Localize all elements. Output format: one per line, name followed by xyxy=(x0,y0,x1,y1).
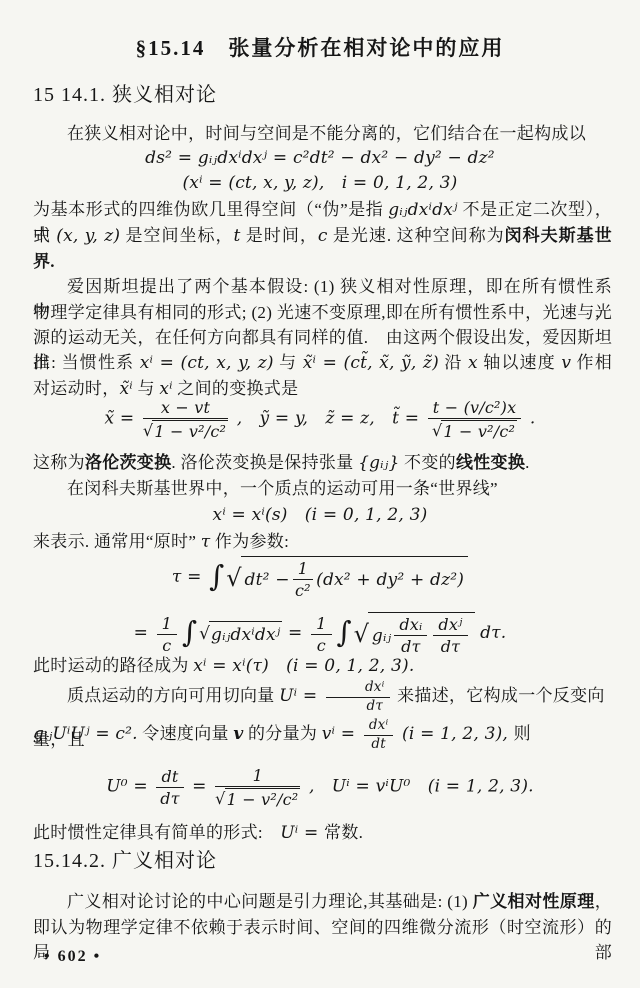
fraction: 1c² xyxy=(293,559,313,600)
numerator: 1 xyxy=(215,766,300,787)
formula-text: U⁰ = xyxy=(106,777,153,797)
text-segment: 轴以速度 xyxy=(478,353,562,372)
text-segment: 对运动时， xyxy=(33,379,120,398)
text-line: 广义相对论讨论的中心问题是引力理论,其基础是: (1) 广义相对性原理， xyxy=(33,889,612,914)
text-segment: 即认为物理学定律不依赖于表示时间、空间的四维微分流形（时空流形）的局部 xyxy=(33,918,612,962)
text-segment: 界. xyxy=(33,252,55,271)
formula-text: dt² − xyxy=(245,568,290,592)
text-segment: 此时惯性定律具有简单的形式: xyxy=(33,823,280,842)
text-line: 在闵科夫斯基世界中，一个质点的运动可用一条“世界线” xyxy=(33,476,612,501)
text-segment: 令速度向量 xyxy=(138,724,234,743)
formula-text: x̃ = xyxy=(104,409,139,429)
section-heading-general-relativity: 15.14.2. 广义相对论 xyxy=(33,844,217,873)
display-formula-metric: ds² = gᵢⱼdxⁱdxʲ = c²dt² − dx² − dy² − dz… xyxy=(0,146,640,170)
text-segment: 的分量为 xyxy=(243,724,321,743)
formula-text: (xⁱ = (ct, x, y, z), i = 0, 1, 2, 3) xyxy=(182,173,457,193)
display-formula-four-velocity: U⁰ = dtdτ = 1√1 − v²/c² , Uⁱ = vⁱU⁰ (i =… xyxy=(0,766,640,809)
numerator: dxʲ xyxy=(433,615,467,636)
text-segment: (i = 1, 2, 3), xyxy=(396,724,513,744)
fraction: 1c xyxy=(311,614,331,655)
text-segment: 闵科夫斯基世 xyxy=(505,226,612,245)
text-segment: τ xyxy=(201,532,211,552)
text-segment: . 洛伦茨变换是保持张量 xyxy=(171,453,358,472)
text-line: 即认为物理学定律不依赖于表示时间、空间的四维微分流形（时空流形）的局部 xyxy=(33,915,612,965)
text-segment: 是时间， xyxy=(241,226,318,245)
numerator: 1 xyxy=(311,614,331,635)
fraction: dxᵢdτ xyxy=(394,615,427,656)
text-segment: 与 xyxy=(274,353,303,372)
radicand: gᵢⱼ dxᵢdτdxʲdτ xyxy=(368,612,475,656)
integral-icon: ∫ xyxy=(337,615,352,649)
display-formula-proper-time-2: = 1c∫√gᵢⱼdxⁱdxʲ = 1c∫√gᵢⱼ dxᵢdτdxʲdτ dτ. xyxy=(0,612,640,656)
fraction: dxʲdτ xyxy=(433,615,467,656)
text-segment: v xyxy=(561,353,571,373)
text-segment: 此时运动的路径成为 xyxy=(33,656,193,675)
text-segment: 与 xyxy=(133,379,159,398)
text-segment: 则 xyxy=(514,724,531,743)
text-segment: 沿 xyxy=(439,353,468,372)
denominator: dτ xyxy=(156,788,183,808)
formula-text: ds² = gᵢⱼdxⁱdxʲ = c²dt² − dx² − dy² − dz… xyxy=(145,148,495,168)
numerator: dxⁱ xyxy=(364,718,394,736)
text-segment: 这称为 xyxy=(33,453,85,472)
page-title: §15.14 张量分析在相对论中的应用 xyxy=(0,32,640,62)
radicand: dt² − 1c² (dx² + dy² + dz²) xyxy=(241,556,469,600)
radicand: 1 − v²/c² xyxy=(225,788,301,809)
text-segment: x̃ⁱ xyxy=(120,379,133,399)
fraction: t − (v/c²)x√1 − v²/c² xyxy=(428,398,522,441)
numerator: 1 xyxy=(157,614,177,635)
text-segment: 不变的 xyxy=(400,453,456,472)
text-segment: 来表示. 通常用“原时” xyxy=(33,532,201,551)
denominator: √1 − v²/c² xyxy=(428,419,522,441)
book-page: §15.14 张量分析在相对论中的应用 15 14.1. 狭义相对论 在狭义相对… xyxy=(0,0,640,988)
fraction: 1√1 − v²/c² xyxy=(215,766,300,809)
text-segment: 常数. xyxy=(324,823,363,842)
text-segment: 作为参数: xyxy=(210,532,289,551)
text-line: 这称为洛伦茨变换. 洛伦茨变换是保持张量 {gᵢⱼ} 不变的线性变换. xyxy=(33,450,612,476)
radicand: 1 − v²/c² xyxy=(152,420,228,441)
text-segment: ， xyxy=(595,892,612,911)
formula-text: τ = xyxy=(172,567,207,587)
radicand: 1 − v²/c² xyxy=(441,420,517,441)
numerator: x − vt xyxy=(143,398,228,419)
formula-text: . xyxy=(524,409,535,429)
text-run: (i = 1, 2, 3), 则 xyxy=(396,724,531,743)
text-segment: 是光速. 这种空间称为 xyxy=(328,226,505,245)
radicand: gᵢⱼdxⁱdxʲ xyxy=(209,621,282,647)
text-segment: 广义相对论讨论的中心问题是引力理论,其基础是: (1) xyxy=(67,892,473,911)
text-segment: Uⁱ = xyxy=(280,823,324,843)
text-line: gᵢⱼUⁱUʲ = c². 令速度向量 v 的分量为 vⁱ = dxⁱdt (i… xyxy=(33,712,612,756)
display-formula-proper-time-1: τ = ∫√dt² − 1c² (dx² + dy² + dz²) xyxy=(0,556,640,600)
formula-text: = xyxy=(282,623,308,643)
numerator: dxᵢ xyxy=(394,615,427,636)
text-segment: 洛伦茨变换 xyxy=(85,453,172,472)
text-segment: xⁱ = (ct, x, y, z) xyxy=(140,353,274,373)
numerator: 1 xyxy=(293,559,313,580)
text-line: 此时惯性定律具有简单的形式: Uⁱ = 常数. xyxy=(33,820,612,846)
text-segment: t xyxy=(234,226,241,246)
denominator: c xyxy=(311,635,331,655)
text-segment: 之间的变换式是 xyxy=(173,379,299,398)
text-run: gᵢⱼUⁱUʲ = c². 令速度向量 v 的分量为 vⁱ = xyxy=(33,724,361,743)
denominator: c xyxy=(157,635,177,655)
text-segment: xⁱ = xⁱ(τ) (i = 0, 1, 2, 3). xyxy=(193,656,414,676)
text-segment: 在狭义相对论中，时间与空间是不能分离的，它们结合在一起构成以 xyxy=(67,124,586,143)
text-segment: 是空间坐标， xyxy=(120,226,233,245)
text-segment: 在闵科夫斯基世界中，一个质点的运动可用一条“世界线” xyxy=(67,479,498,498)
formula-text: , Uⁱ = vⁱU⁰ (i = 1, 2, 3). xyxy=(303,777,533,797)
text-segment: c xyxy=(318,226,328,246)
display-formula-coordinates: (xⁱ = (ct, x, y, z), i = 0, 1, 2, 3) xyxy=(0,171,640,195)
numerator: t − (v/c²)x xyxy=(428,398,522,419)
formula-text: gᵢⱼ xyxy=(372,624,391,648)
denominator: √1 − v²/c² xyxy=(215,787,300,809)
text-segment: {gᵢⱼ} xyxy=(358,453,399,473)
integral-icon: ∫ xyxy=(209,559,224,593)
formula-text: xⁱ = xⁱ(s) (i = 0, 1, 2, 3) xyxy=(213,505,428,525)
text-line: 中 (x, y, z) 是空间坐标，t 是时间，c 是光速. 这种空间称为闵科夫… xyxy=(33,223,612,249)
text-segment: v xyxy=(233,724,243,744)
text-segment: Uⁱ = xyxy=(279,686,323,706)
denominator: dt xyxy=(364,736,394,753)
formula-text: = xyxy=(134,623,154,643)
text-line: 出: 当惯性系 xⁱ = (ct, x, y, z) 与 x̃ⁱ = (ct̃,… xyxy=(33,350,612,376)
text-line: 界. xyxy=(33,249,612,274)
denominator: √1 − v²/c² xyxy=(143,419,228,441)
text-segment: (x, y, z) xyxy=(56,226,120,246)
sqrt-icon: √ xyxy=(226,564,241,592)
fraction: 1c xyxy=(157,614,177,655)
text-segment: 质点运动的方向可用切向量 xyxy=(67,686,279,705)
text-segment: x xyxy=(468,353,478,373)
fraction: x − vt√1 − v²/c² xyxy=(143,398,228,441)
formula-text: dτ. xyxy=(475,623,507,643)
text-line: 在狭义相对论中，时间与空间是不能分离的，它们结合在一起构成以 xyxy=(33,121,612,146)
formula-text: = xyxy=(187,777,213,797)
numerator: dxⁱ xyxy=(326,680,390,698)
text-run: 质点运动的方向可用切向量 Uⁱ = xyxy=(67,686,323,705)
fraction: dxⁱdt xyxy=(364,718,394,752)
text-segment: vⁱ = xyxy=(322,724,361,744)
text-line: 来表示. 通常用“原时” τ 作为参数: xyxy=(33,529,612,555)
text-line: 物理学定律具有相同的形式; (2) 光速不变原理,即在所有惯性系中，光速与光 xyxy=(33,300,612,325)
text-segment: gᵢⱼdxⁱdxʲ xyxy=(388,200,457,220)
text-segment: gᵢⱼUⁱUʲ = c². xyxy=(33,724,138,744)
text-segment: 中 xyxy=(33,226,56,245)
display-formula-worldline: xⁱ = xⁱ(s) (i = 0, 1, 2, 3) xyxy=(0,503,640,527)
fraction: dtdτ xyxy=(156,767,183,808)
text-segment: xⁱ xyxy=(159,379,172,399)
text-segment: . xyxy=(525,453,530,472)
text-segment: 广义相对性原理 xyxy=(473,892,595,911)
denominator: c² xyxy=(293,580,313,600)
integral-icon: ∫ xyxy=(182,615,197,649)
formula-text: (dx² + dy² + dz²) xyxy=(316,568,464,592)
sqrt-icon: √ xyxy=(354,620,369,648)
text-segment: 物理学定律具有相同的形式; (2) 光速不变原理,即在所有惯性系中，光速与光 xyxy=(33,303,612,322)
page-number: • 602 • xyxy=(44,948,101,966)
text-segment: 作相 xyxy=(571,353,612,372)
text-segment: x̃ⁱ = (ct̃, x̃, ỹ, z̃) xyxy=(303,353,439,373)
formula-text: , ỹ = y, z̃ = z, t̃ = xyxy=(231,409,425,429)
numerator: dt xyxy=(156,767,183,788)
text-segment: 线性变换 xyxy=(456,453,525,472)
text-segment: 为基本形式的四维伪欧几里得空间（“伪”是指 xyxy=(33,200,388,219)
text-segment: 出: 当惯性系 xyxy=(33,353,140,372)
fraction: dxⁱdτ xyxy=(326,680,390,714)
display-formula-lorentz: x̃ = x − vt√1 − v²/c² , ỹ = y, z̃ = z, t… xyxy=(0,398,640,441)
section-heading-special-relativity: 15 14.1. 狭义相对论 xyxy=(33,78,217,107)
